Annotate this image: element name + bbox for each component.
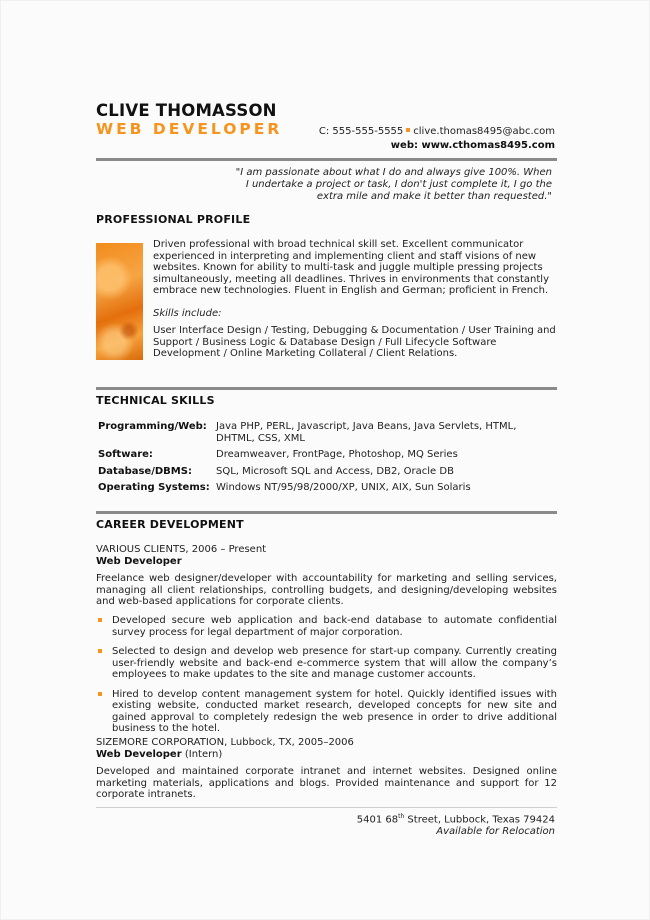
- section-divider: [96, 511, 557, 514]
- website-link[interactable]: web: www.cthomas8495.com: [319, 139, 555, 153]
- skills-list: User Interface Design / Testing, Debuggi…: [153, 325, 557, 360]
- contact-info: C: 555-555-5555clive.thomas8495@abc.com …: [319, 125, 555, 153]
- skill-category: Software:: [98, 449, 216, 466]
- footer-divider: [96, 807, 557, 808]
- profile-summary: Driven professional with broad technical…: [153, 239, 557, 297]
- job-employer: VARIOUS CLIENTS, 2006 – Present: [96, 544, 266, 556]
- skill-values: Windows NT/95/98/2000/XP, UNIX, AIX, Sun…: [216, 482, 557, 499]
- skill-category: Database/DBMS:: [98, 466, 216, 483]
- header-divider: [96, 158, 557, 161]
- address: 5401 68th Street, Lubbock, Texas 79424: [357, 811, 555, 826]
- skills-label: Skills include:: [153, 308, 221, 319]
- bullet-square-icon: [98, 618, 102, 622]
- candidate-name: CLIVE THOMASSON: [96, 101, 277, 120]
- job-role: Web Developer: [96, 749, 182, 760]
- list-item: Hired to develop content management syst…: [96, 689, 557, 735]
- phone: C: 555-555-5555: [319, 126, 403, 137]
- table-row: Database/DBMS: SQL, Microsoft SQL and Ac…: [98, 466, 557, 483]
- job-role-note: (Intern): [185, 749, 222, 760]
- job-employer: SIZEMORE CORPORATION, Lubbock, TX, 2005–…: [96, 737, 354, 749]
- job-header: VARIOUS CLIENTS, 2006 – Present Web Deve…: [96, 544, 266, 567]
- table-row: Operating Systems: Windows NT/95/98/2000…: [98, 482, 557, 499]
- candidate-title: WEB DEVELOPER: [96, 120, 282, 138]
- relocation-note: Available for Relocation: [357, 826, 555, 838]
- technical-skills-table: Programming/Web: Java PHP, PERL, Javascr…: [98, 421, 557, 499]
- orange-lily-photo-icon: [96, 243, 143, 360]
- skill-values: Java PHP, PERL, Javascript, Java Beans, …: [216, 421, 557, 449]
- job-role: Web Developer: [96, 556, 266, 568]
- email-link[interactable]: clive.thomas8495@abc.com: [413, 126, 555, 137]
- table-row: Software: Dreamweaver, FrontPage, Photos…: [98, 449, 557, 466]
- skill-values: Dreamweaver, FrontPage, Photoshop, MQ Se…: [216, 449, 557, 466]
- list-item: Developed secure web application and bac…: [96, 615, 557, 638]
- footer-address: 5401 68th Street, Lubbock, Texas 79424 A…: [357, 811, 555, 838]
- list-item: Selected to design and develop web prese…: [96, 646, 557, 681]
- job-achievements: Developed secure web application and bac…: [96, 615, 557, 743]
- section-heading-technical-skills: TECHNICAL SKILLS: [96, 394, 215, 407]
- job-header: SIZEMORE CORPORATION, Lubbock, TX, 2005–…: [96, 737, 354, 760]
- skill-category: Programming/Web:: [98, 421, 216, 449]
- section-divider: [96, 387, 557, 390]
- section-heading-career: CAREER DEVELOPMENT: [96, 518, 244, 531]
- section-heading-profile: PROFESSIONAL PROFILE: [96, 213, 250, 226]
- job-description: Developed and maintained corporate intra…: [96, 766, 557, 801]
- bullet-square-icon: [98, 649, 102, 653]
- job-description: Freelance web designer/developer with ac…: [96, 573, 557, 608]
- skill-category: Operating Systems:: [98, 482, 216, 499]
- bullet-square-icon: [98, 692, 102, 696]
- resume-page: CLIVE THOMASSON WEB DEVELOPER C: 555-555…: [0, 0, 650, 920]
- personal-quote: "I am passionate about what I do and alw…: [232, 167, 552, 203]
- bullet-square-icon: [406, 128, 410, 132]
- table-row: Programming/Web: Java PHP, PERL, Javascr…: [98, 421, 557, 449]
- skill-values: SQL, Microsoft SQL and Access, DB2, Orac…: [216, 466, 557, 483]
